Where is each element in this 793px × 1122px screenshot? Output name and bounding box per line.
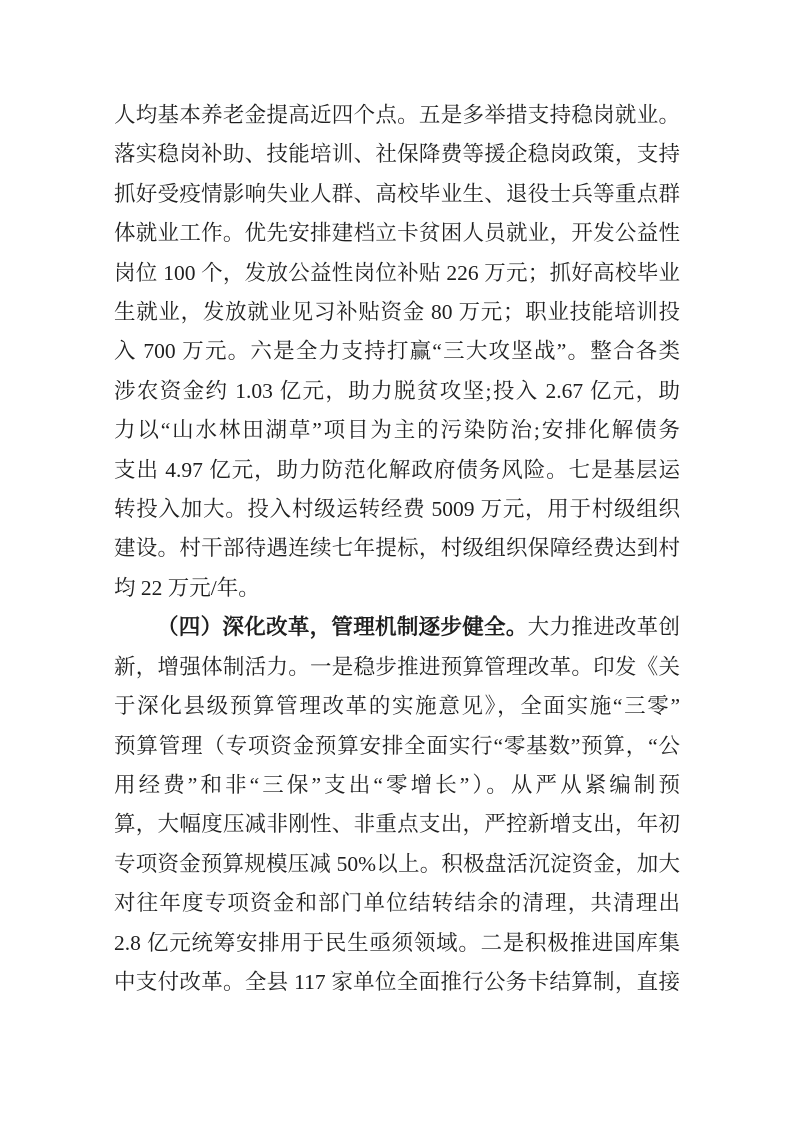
body-text: 力以“山水林田湖草”项目为主的污染防治;安排化解债务	[114, 418, 680, 442]
text-line: 建设。村干部待遇连续七年提标，村级组织保障经费达到村	[114, 529, 680, 568]
body-text: 中支付改革。全县 117 家单位全面推行公务卡结算制，直接	[114, 970, 680, 994]
body-text: 支出 4.97 亿元，助力防范化解政府债务风险。七是基层运	[114, 458, 680, 482]
document-body: 人均基本养老金提高近四个点。五是多举措支持稳岗就业。落实稳岗补助、技能培训、社保…	[114, 96, 680, 1002]
text-line: 支出 4.97 亿元，助力防范化解政府债务风险。七是基层运	[114, 451, 680, 490]
body-text: 对往年度专项资金和部门单位结转结余的清理，共清理出	[114, 891, 680, 915]
text-line: 力以“山水林田湖草”项目为主的污染防治;安排化解债务	[114, 411, 680, 450]
text-line: 涉农资金约 1.03 亿元，助力脱贫攻坚;投入 2.67 亿元，助	[114, 372, 680, 411]
body-text: 涉农资金约 1.03 亿元，助力脱贫攻坚;投入 2.67 亿元，助	[114, 379, 680, 403]
body-text: 专项资金预算规模压减 50%以上。积极盘活沉淀资金，加大	[114, 852, 680, 876]
body-text: 于深化县级预算管理改革的实施意见》，全面实施“三零”	[114, 694, 680, 718]
text-line: 中支付改革。全县 117 家单位全面推行公务卡结算制，直接	[114, 963, 680, 1002]
text-line: 均 22 万元/年。	[114, 569, 680, 608]
body-text: 岗位 100 个，发放公益性岗位补贴 226 万元；抓好高校毕业	[114, 261, 680, 285]
paragraph-section-4: （四）深化改革，管理机制逐步健全。大力推进改革创新，增强体制活力。一是稳步推进预…	[114, 608, 680, 1002]
body-text: 大力推进改革创	[528, 615, 680, 639]
text-line: 算，大幅度压减非刚性、非重点支出，严控新增支出，年初	[114, 805, 680, 844]
text-line: 用经费”和非“三保”支出“零增长”）。从严从紧编制预	[114, 766, 680, 805]
body-text: 转投入加大。投入村级运转经费 5009 万元，用于村级组织	[114, 497, 680, 521]
text-line: 预算管理（专项资金预算安排全面实行“零基数”预算，“公	[114, 727, 680, 766]
text-line: 新，增强体制活力。一是稳步推进预算管理改革。印发《关	[114, 648, 680, 687]
document-page: 人均基本养老金提高近四个点。五是多举措支持稳岗就业。落实稳岗补助、技能培训、社保…	[0, 0, 793, 1122]
text-line: （四）深化改革，管理机制逐步健全。大力推进改革创	[114, 608, 680, 647]
body-text: 体就业工作。优先安排建档立卡贫困人员就业，开发公益性	[114, 221, 680, 245]
section-heading-text: （四）深化改革，管理机制逐步健全。	[157, 615, 528, 639]
body-text: 建设。村干部待遇连续七年提标，村级组织保障经费达到村	[114, 536, 680, 560]
body-text: 均 22 万元/年。	[114, 576, 260, 600]
text-line: 专项资金预算规模压减 50%以上。积极盘活沉淀资金，加大	[114, 845, 680, 884]
text-line: 人均基本养老金提高近四个点。五是多举措支持稳岗就业。	[114, 96, 680, 135]
body-text: 落实稳岗补助、技能培训、社保降费等援企稳岗政策，支持	[114, 142, 680, 166]
text-line: 转投入加大。投入村级运转经费 5009 万元，用于村级组织	[114, 490, 680, 529]
paragraph-continuation: 人均基本养老金提高近四个点。五是多举措支持稳岗就业。落实稳岗补助、技能培训、社保…	[114, 96, 680, 608]
text-line: 于深化县级预算管理改革的实施意见》，全面实施“三零”	[114, 687, 680, 726]
body-text: 人均基本养老金提高近四个点。五是多举措支持稳岗就业。	[114, 103, 680, 127]
body-text: 2.8 亿元统筹安排用于民生亟须领域。二是积极推进国库集	[114, 931, 680, 955]
text-line: 对往年度专项资金和部门单位结转结余的清理，共清理出	[114, 884, 680, 923]
body-text: 新，增强体制活力。一是稳步推进预算管理改革。印发《关	[114, 655, 680, 679]
body-text: 算，大幅度压减非刚性、非重点支出，严控新增支出，年初	[114, 812, 680, 836]
text-line: 落实稳岗补助、技能培训、社保降费等援企稳岗政策，支持	[114, 135, 680, 174]
text-line: 2.8 亿元统筹安排用于民生亟须领域。二是积极推进国库集	[114, 924, 680, 963]
body-text: 入 700 万元。六是全力支持打赢“三大攻坚战”。整合各类	[114, 339, 680, 363]
text-line: 岗位 100 个，发放公益性岗位补贴 226 万元；抓好高校毕业	[114, 254, 680, 293]
text-line: 入 700 万元。六是全力支持打赢“三大攻坚战”。整合各类	[114, 332, 680, 371]
body-text: 生就业，发放就业见习补贴资金 80 万元；职业技能培训投	[114, 300, 680, 324]
body-text: 预算管理（专项资金预算安排全面实行“零基数”预算，“公	[114, 734, 680, 758]
text-line: 体就业工作。优先安排建档立卡贫困人员就业，开发公益性	[114, 214, 680, 253]
text-line: 抓好受疫情影响失业人群、高校毕业生、退役士兵等重点群	[114, 175, 680, 214]
body-text: 用经费”和非“三保”支出“零增长”）。从严从紧编制预	[114, 773, 680, 797]
text-line: 生就业，发放就业见习补贴资金 80 万元；职业技能培训投	[114, 293, 680, 332]
body-text: 抓好受疫情影响失业人群、高校毕业生、退役士兵等重点群	[114, 182, 680, 206]
